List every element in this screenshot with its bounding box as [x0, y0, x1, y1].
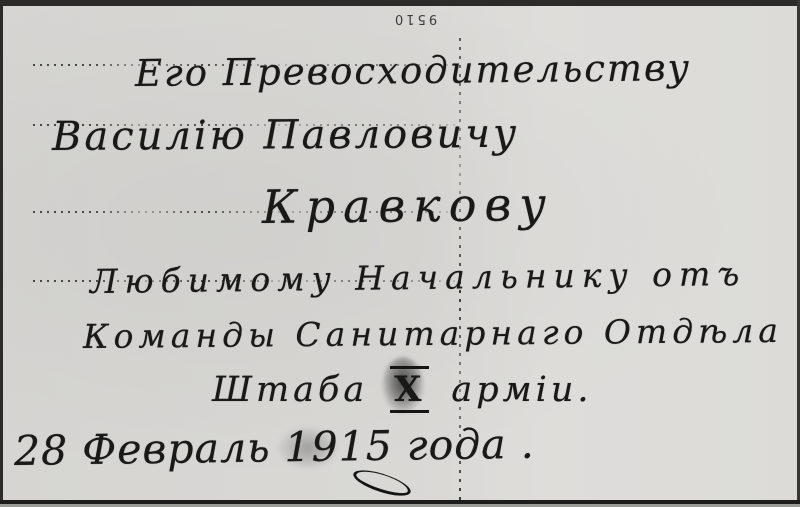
date-year-wrap: 1915 [284, 422, 393, 472]
frame-edge-top [0, 0, 800, 6]
handwriting-line-recipient-name: Василію Павловичу [52, 111, 520, 160]
handwriting-line-dedication-2: Команды Санитарнаго Отдѣла [83, 311, 783, 356]
handwriting-line-date: 28 Февраль1915года . [14, 420, 535, 475]
staff-word: Штаба [212, 370, 368, 410]
photo-frame: 9510 Его Превосходительству Василію Павл… [0, 0, 800, 507]
handwriting-line-surname: Кравкову [262, 177, 554, 234]
date-suffix: года . [406, 420, 535, 470]
handwriting-line-dedication-1: Любимому Начальнику отъ [90, 254, 747, 301]
pen-flourish [351, 465, 414, 501]
printed-number: 9510 [392, 11, 437, 26]
date-day-month: 28 Февраль [14, 423, 271, 475]
date-year: 1915 [284, 422, 393, 472]
handwriting-line-recipient-title: Его Превосходительству [135, 46, 691, 95]
army-numeral: X [390, 366, 429, 413]
frame-edge-left [0, 0, 3, 507]
handwriting-line-army-staff: ШтабаXарміи. [212, 369, 593, 410]
army-word: арміи. [451, 370, 592, 410]
army-numeral-wrap: X [390, 369, 429, 410]
